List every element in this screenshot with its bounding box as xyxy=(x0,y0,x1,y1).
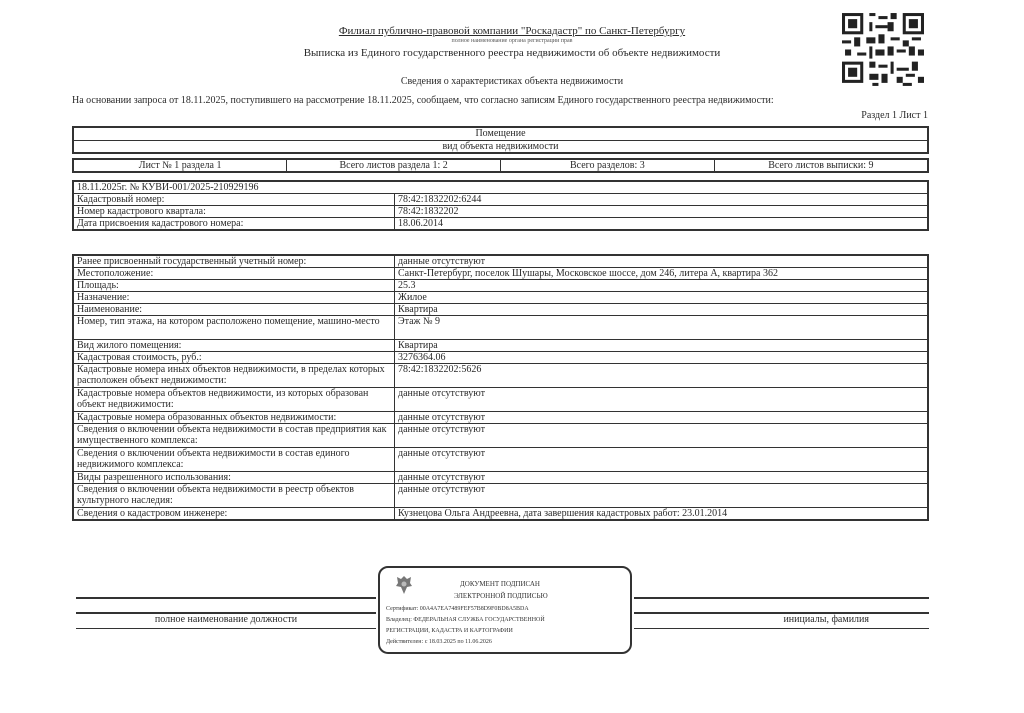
table-row: Назначение:Жилое xyxy=(73,292,928,304)
table-row: Сведения о включении объекта недвижимост… xyxy=(73,448,928,472)
parent-cadastral-number: 78:42:1832202:5626 xyxy=(395,364,929,388)
row-value: данные отсутствуют xyxy=(395,472,929,484)
row-value: данные отсутствуют xyxy=(395,484,929,508)
stamp-owner-cont: РЕГИСТРАЦИИ, КАДАСТРА И КАРТОГРАФИИ xyxy=(386,627,513,635)
stamp-validity: Действителен: с 18.03.2025 по 11.06.2026 xyxy=(386,638,492,646)
electronic-signature-stamp: ДОКУМЕНТ ПОДПИСАН ЭЛЕКТРОННОЙ ПОДПИСЬЮ С… xyxy=(378,566,632,654)
row-label: Сведения о включении объекта недвижимост… xyxy=(73,484,395,508)
location-value: Санкт-Петербург, поселок Шушары, Московс… xyxy=(395,268,929,280)
name-line xyxy=(634,597,929,599)
table-row: Номер, тип этажа, на котором расположено… xyxy=(73,316,928,340)
section-sheets-total: Всего листов раздела 1: 2 xyxy=(287,159,501,172)
table-row: Кадастровый номер: 78:42:1832202:6244 xyxy=(73,194,928,206)
row-label: Номер кадастрового квартала: xyxy=(73,206,395,218)
cadastral-engineer-value: Кузнецова Ольга Андреевна, дата завершен… xyxy=(395,508,929,521)
basis-statement: На основании запроса от 18.11.2025, пост… xyxy=(72,95,774,106)
row-label: Сведения о кадастровом инженере: xyxy=(73,508,395,521)
row-value: данные отсутствуют xyxy=(395,255,929,268)
table-row: Вид жилого помещения:Квартира xyxy=(73,340,928,352)
area-value: 25.3 xyxy=(395,280,929,292)
cadastral-value: 3276364.06 xyxy=(395,352,929,364)
row-value: данные отсутствуют xyxy=(395,388,929,412)
object-type-caption: вид объекта недвижимости xyxy=(74,141,927,153)
request-reference: 18.11.2025г. № КУВИ-001/2025-210929196 xyxy=(73,181,928,194)
row-value: данные отсутствуют xyxy=(395,424,929,448)
table-row: Номер кадастрового квартала: 78:42:18322… xyxy=(73,206,928,218)
row-label: Кадастровые номера объектов недвижимости… xyxy=(73,388,395,412)
cadastral-quarter: 78:42:1832202 xyxy=(395,206,929,218)
row-label: Кадастровые номера иных объектов недвижи… xyxy=(73,364,395,388)
row-value: данные отсутствуют xyxy=(395,448,929,472)
floor-value: Этаж № 9 xyxy=(395,316,929,340)
sheet-number: Лист № 1 раздела 1 xyxy=(73,159,287,172)
object-type: Помещение xyxy=(74,128,927,141)
purpose-value: Жилое xyxy=(395,292,929,304)
row-label: Сведения о включении объекта недвижимост… xyxy=(73,448,395,472)
cadastral-number: 78:42:1832202:6244 xyxy=(395,194,929,206)
identification-table: 18.11.2025г. № КУВИ-001/2025-210929196 К… xyxy=(72,180,929,231)
table-row: Кадастровые номера иных объектов недвижи… xyxy=(73,364,928,388)
stamp-owner: Владелец: ФЕДЕРАЛЬНАЯ СЛУЖБА ГОСУДАРСТВЕ… xyxy=(386,616,545,624)
position-caption: полное наименование должности xyxy=(76,614,376,626)
table-row: Сведения о включении объекта недвижимост… xyxy=(73,484,928,508)
qr-code-icon xyxy=(838,10,928,92)
row-label: Площадь: xyxy=(73,280,395,292)
position-line xyxy=(76,597,376,599)
table-row: Наименование:Квартира xyxy=(73,304,928,316)
stamp-line-1: ДОКУМЕНТ ПОДПИСАН xyxy=(460,580,540,588)
row-label: Кадастровый номер: xyxy=(73,194,395,206)
table-row: Виды разрешенного использования:данные о… xyxy=(73,472,928,484)
name-caption: инициалы, фамилия xyxy=(634,614,929,626)
sections-total: Всего разделов: 3 xyxy=(501,159,715,172)
object-type-block: Помещение вид объекта недвижимости xyxy=(72,126,929,154)
row-label: Назначение: xyxy=(73,292,395,304)
assignment-date: 18.06.2014 xyxy=(395,218,929,231)
stamp-line-2: ЭЛЕКТРОННОЙ ПОДПИСЬЮ xyxy=(454,592,548,600)
position-field: полное наименование должности xyxy=(76,612,376,629)
extract-sheets-total: Всего листов выписки: 9 xyxy=(714,159,928,172)
table-row: Сведения о кадастровом инженере:Кузнецов… xyxy=(73,508,928,521)
stamp-certificate: Сертификат: 00A4A7EA7489FEF57B8D9F0BD8A5… xyxy=(386,605,529,613)
table-row: Ранее присвоенный государственный учетны… xyxy=(73,255,928,268)
characteristics-table: Ранее присвоенный государственный учетны… xyxy=(72,254,929,521)
row-value: данные отсутствуют xyxy=(395,412,929,424)
table-row: Площадь:25.3 xyxy=(73,280,928,292)
table-row: Кадастровые номера образованных объектов… xyxy=(73,412,928,424)
table-row: Кадастровая стоимость, руб.:3276364.06 xyxy=(73,352,928,364)
row-label: Номер, тип этажа, на котором расположено… xyxy=(73,316,395,340)
row-label: Ранее присвоенный государственный учетны… xyxy=(73,255,395,268)
row-label: Дата присвоения кадастрового номера: xyxy=(73,218,395,231)
table-row: Местоположение:Санкт-Петербург, поселок … xyxy=(73,268,928,280)
table-row: Дата присвоения кадастрового номера: 18.… xyxy=(73,218,928,231)
row-label: Виды разрешенного использования: xyxy=(73,472,395,484)
sheet-info-row: Лист № 1 раздела 1 Всего листов раздела … xyxy=(72,158,929,173)
row-label: Кадастровые номера образованных объектов… xyxy=(73,412,395,424)
dwelling-type-value: Квартира xyxy=(395,340,929,352)
qr-code xyxy=(838,10,928,92)
row-label: Местоположение: xyxy=(73,268,395,280)
row-label: Кадастровая стоимость, руб.: xyxy=(73,352,395,364)
row-label: Сведения о включении объекта недвижимост… xyxy=(73,424,395,448)
table-row: Кадастровые номера объектов недвижимости… xyxy=(73,388,928,412)
name-value: Квартира xyxy=(395,304,929,316)
coat-of-arms-icon xyxy=(394,574,414,596)
table-row: Сведения о включении объекта недвижимост… xyxy=(73,424,928,448)
section-sheet-label: Раздел 1 Лист 1 xyxy=(861,110,928,121)
row-label: Наименование: xyxy=(73,304,395,316)
name-field: инициалы, фамилия xyxy=(634,612,929,629)
row-label: Вид жилого помещения: xyxy=(73,340,395,352)
